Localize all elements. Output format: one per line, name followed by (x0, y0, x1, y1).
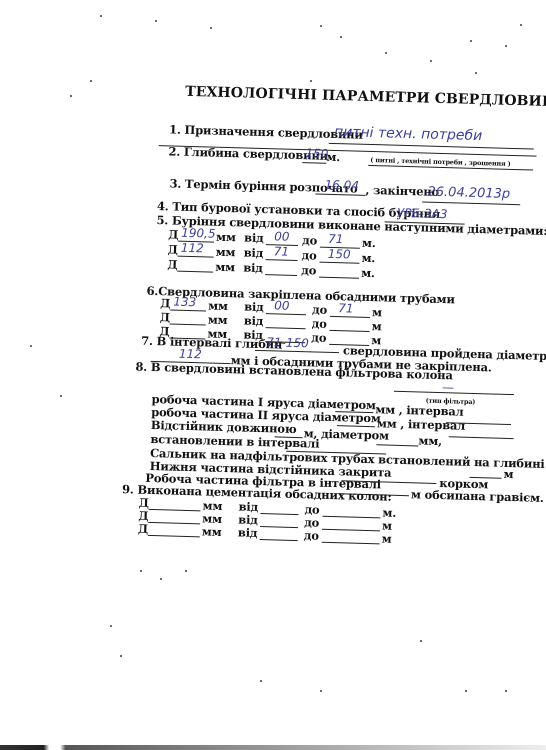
row-diameter-value: 133 (173, 296, 196, 309)
document-title: ТЕХНОЛОГІЧНІ ПАРАМЕТРИ СВЕРДЛОВИНИ (185, 85, 546, 110)
row-d-label: Д (139, 498, 149, 510)
row-from-label: від (243, 262, 263, 274)
speck (210, 27, 212, 29)
row-end-unit: м (372, 321, 382, 333)
item7-interval-underline (255, 350, 339, 353)
row-end-unit: м (382, 533, 392, 545)
row-from-blank (266, 313, 306, 315)
row-from-label: від (244, 316, 264, 328)
speck (320, 690, 322, 692)
item9-cementing-rows: Дммвіддом.ДммвіддомДммвіддом (3, 0, 546, 7)
row-from-label: від (244, 232, 264, 244)
row-to-blank (330, 316, 370, 318)
speck (110, 625, 112, 627)
row-mm-label: мм (208, 315, 228, 327)
row-d-label: Д (168, 244, 178, 256)
row-d-blank (177, 271, 213, 273)
row-from-blank (266, 259, 298, 261)
speck (140, 570, 142, 572)
row-mm-label: мм (208, 301, 228, 313)
scan-edge (0, 745, 546, 750)
row-diameter-value: 190,5 (181, 227, 216, 240)
row-to-value: 71 (338, 302, 354, 314)
row-from-blank (260, 539, 298, 541)
row-from-blank (266, 327, 306, 329)
row-to-value: 150 (328, 248, 351, 261)
row-d-blank (148, 522, 200, 524)
row-from-value: 00 (274, 299, 290, 311)
item2-label: 2. Глибина свердловини (168, 146, 328, 162)
row-from-label: від (244, 302, 264, 314)
speck (465, 690, 467, 692)
item8-line7-end: м обсипана гравієм. (411, 489, 544, 504)
row-end-unit: м. (361, 268, 375, 280)
speck (155, 20, 157, 22)
speck (320, 25, 322, 27)
row-from-blank (260, 526, 298, 528)
row-d-blank (170, 309, 206, 311)
item8-line3c: мм, (418, 435, 442, 447)
item3-start: 16.04 (324, 179, 359, 192)
row-d-label: Д (160, 298, 170, 310)
item1-underline (329, 143, 534, 150)
row-to-value: 71 (328, 233, 344, 245)
speck (385, 52, 387, 54)
item2-value: 150 (305, 147, 328, 160)
row-mm-label: мм (216, 247, 236, 259)
row-d-label: Д (160, 312, 170, 324)
speck (470, 40, 472, 42)
row-from-label: від (244, 247, 264, 259)
row-diameter-value: 112 (181, 242, 204, 255)
row-from-value: 00 (274, 230, 290, 242)
item7-diameter: 112 (179, 348, 202, 361)
row-from-blank (260, 513, 298, 515)
speck (505, 45, 507, 47)
item3-start-underline (315, 193, 365, 195)
speck (100, 15, 102, 17)
row-to-blank (322, 542, 380, 545)
row-d-blank (170, 323, 206, 325)
row-from-value: 71 (274, 245, 290, 257)
row-to-label: до (311, 332, 326, 344)
speck (90, 80, 92, 82)
item6-casing-rows: Д133ммвід00до71мДммвіддомДммвіддом (3, 0, 546, 7)
speck (520, 24, 522, 26)
speck (340, 36, 342, 38)
row-to-blank (319, 262, 359, 264)
speck (120, 655, 122, 657)
speck (160, 578, 162, 580)
row-to-label: до (302, 235, 317, 247)
row-to-blank (322, 529, 380, 532)
speck (430, 60, 432, 62)
row-end-unit: м (382, 520, 392, 532)
row-d-blank (148, 509, 200, 511)
row-d-blank (178, 256, 214, 258)
item4-value: УРБ-3А3 (397, 207, 448, 220)
row-to-label: до (312, 304, 327, 316)
row-from-label: від (238, 527, 258, 539)
row-mm-label: мм (216, 232, 236, 244)
row-to-label: до (304, 530, 319, 542)
item2-underline (302, 162, 326, 164)
item8-line5-unit: м (503, 469, 513, 481)
item1-value: питні техн. потреби (334, 125, 482, 143)
document-body: ТЕХНОЛОГІЧНІ ПАРАМЕТРИ СВЕРДЛОВИНИ 1. Пр… (0, 0, 546, 750)
item8-line2-mm: мм , інтервал (377, 418, 466, 432)
row-to-label: до (301, 250, 316, 262)
item7-interval: 71-150 (266, 336, 309, 349)
row-to-label: до (301, 265, 316, 277)
speck (475, 72, 477, 74)
speck (60, 395, 62, 397)
row-end-unit: м (372, 307, 382, 319)
row-to-label: до (312, 318, 327, 330)
row-to-blank (330, 330, 370, 332)
speck (70, 95, 72, 97)
item7-label: 7. В інтервалі глибин (141, 336, 282, 351)
row-d-blank (148, 535, 200, 537)
row-d-label: Д (167, 259, 177, 271)
row-d-label: Д (138, 524, 148, 536)
blank (376, 444, 418, 446)
blank (449, 436, 514, 439)
item2-unit: м. (326, 152, 340, 164)
speck (260, 680, 262, 682)
item5-diameter-rows: Д190,5ммвід00до71м.Д112ммвід71до150м.Дмм… (3, 0, 546, 7)
speck (505, 690, 507, 692)
row-to-blank (322, 516, 380, 519)
scanned-page: ТЕХНОЛОГІЧНІ ПАРАМЕТРИ СВЕРДЛОВИНИ 1. Пр… (0, 0, 546, 750)
item3-end-underline (422, 201, 520, 205)
row-end-unit: м. (362, 238, 376, 250)
row-mm-label: мм (215, 262, 235, 274)
item3-end: 26.04.2013р (427, 186, 510, 201)
speck (420, 640, 422, 642)
row-end-unit: м. (361, 253, 375, 265)
row-to-blank (319, 277, 359, 279)
speck (30, 345, 32, 347)
row-mm-label: мм (202, 526, 222, 538)
row-d-label: Д (138, 511, 148, 523)
speck (310, 80, 312, 82)
row-d-label: Д (168, 229, 178, 241)
row-from-blank (265, 274, 297, 276)
speck (185, 570, 187, 572)
